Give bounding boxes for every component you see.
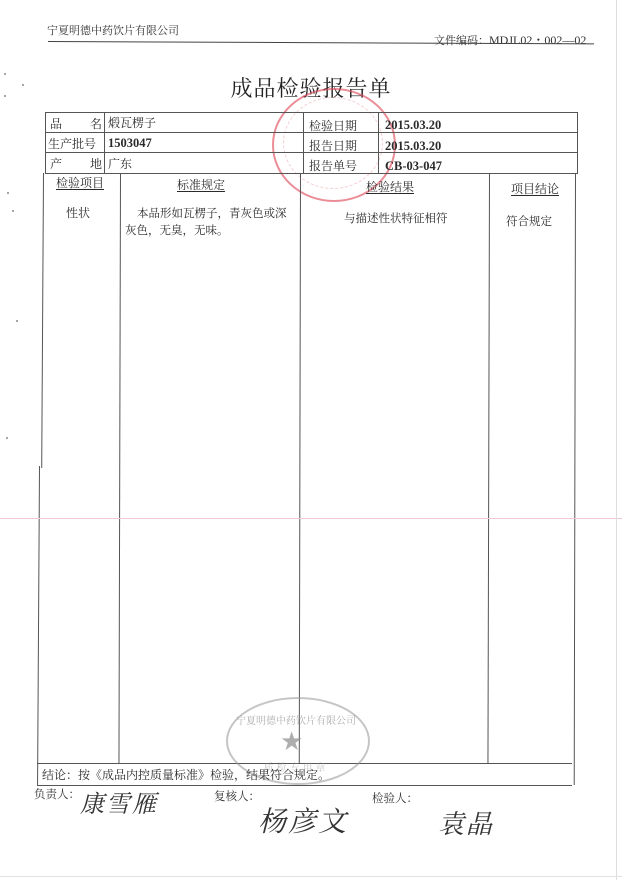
company-name: 宁夏明德中药饮片有限公司 bbox=[47, 22, 179, 38]
scan-speck bbox=[6, 437, 8, 439]
table-border-left bbox=[37, 466, 40, 786]
report-date-label: 报告日期 bbox=[309, 137, 357, 154]
col-header-item: 检验项目 bbox=[56, 174, 104, 191]
file-code-value: MDJL02・002—02 bbox=[489, 33, 586, 47]
scan-speck bbox=[12, 210, 14, 212]
batch-label: 生产批号 bbox=[48, 135, 96, 152]
label-char: 名 bbox=[90, 115, 102, 132]
file-code-label: 文件编码： bbox=[434, 34, 489, 47]
product-name-label: 品名 bbox=[50, 115, 102, 132]
table-border-left bbox=[41, 173, 44, 468]
scan-speck bbox=[16, 320, 18, 322]
table-border-right bbox=[577, 112, 578, 173]
col-divider bbox=[378, 112, 379, 173]
batch-value: 1503047 bbox=[108, 136, 152, 151]
stamp-company-text: 宁夏明德中药饮片有限公司 bbox=[236, 712, 356, 727]
col-header-result: 检验结果 bbox=[366, 178, 414, 195]
inspector-signature: 袁晶 bbox=[438, 804, 494, 841]
scan-speck bbox=[22, 84, 24, 86]
table-border-top bbox=[45, 112, 578, 113]
report-date-value: 2015.03.20 bbox=[385, 139, 441, 154]
reviewer-signature: 杨彦文 bbox=[258, 800, 348, 840]
row-conclusion: 符合规定 bbox=[506, 213, 552, 229]
scan-speck bbox=[7, 192, 9, 194]
page-edge bbox=[616, 0, 617, 880]
inspector-label: 检验人： bbox=[372, 790, 418, 806]
scan-speck bbox=[4, 73, 6, 75]
responsible-signature: 康雪雁 bbox=[80, 784, 158, 819]
col-header-conclusion: 项目结论 bbox=[511, 180, 559, 197]
scan-speck bbox=[4, 95, 6, 97]
col-divider bbox=[118, 173, 121, 763]
label-char: 地 bbox=[90, 155, 102, 172]
file-code: 文件编码：MDJL02・002—02 bbox=[434, 31, 586, 48]
col-divider bbox=[104, 112, 105, 173]
col-header-standard: 标准规定 bbox=[177, 176, 225, 193]
responsible-label: 负责人： bbox=[34, 786, 80, 802]
origin-value: 广东 bbox=[108, 155, 132, 172]
col-divider bbox=[45, 112, 46, 173]
scan-artifact-line bbox=[0, 518, 622, 519]
row-standard: 本品形如瓦楞子，青灰色或深灰色，无臭，无味。 bbox=[125, 205, 297, 239]
product-name-value: 煅瓦楞子 bbox=[108, 114, 156, 131]
col-divider bbox=[299, 173, 301, 763]
reviewer-label: 复核人： bbox=[214, 788, 260, 804]
label-char: 品 bbox=[50, 115, 62, 132]
report-no-label: 报告单号 bbox=[309, 157, 357, 174]
col-divider bbox=[303, 112, 304, 173]
inspect-date-value: 2015.03.20 bbox=[385, 118, 441, 133]
origin-label: 产地 bbox=[50, 155, 102, 172]
conclusion-text: 结论：按《成品内控质量标准》检验，结果符合规定。 bbox=[42, 766, 330, 783]
inspect-date-label: 检验日期 bbox=[309, 117, 357, 134]
star-icon: ★ bbox=[280, 727, 303, 757]
col-divider bbox=[487, 173, 490, 763]
page-edge bbox=[0, 876, 622, 877]
row-item: 性状 bbox=[66, 204, 90, 221]
report-no-value: CB-03-047 bbox=[385, 159, 442, 174]
label-char: 产 bbox=[50, 155, 62, 172]
row-result: 与描述性状特征相符 bbox=[344, 210, 448, 226]
table-border-right bbox=[574, 173, 576, 785]
